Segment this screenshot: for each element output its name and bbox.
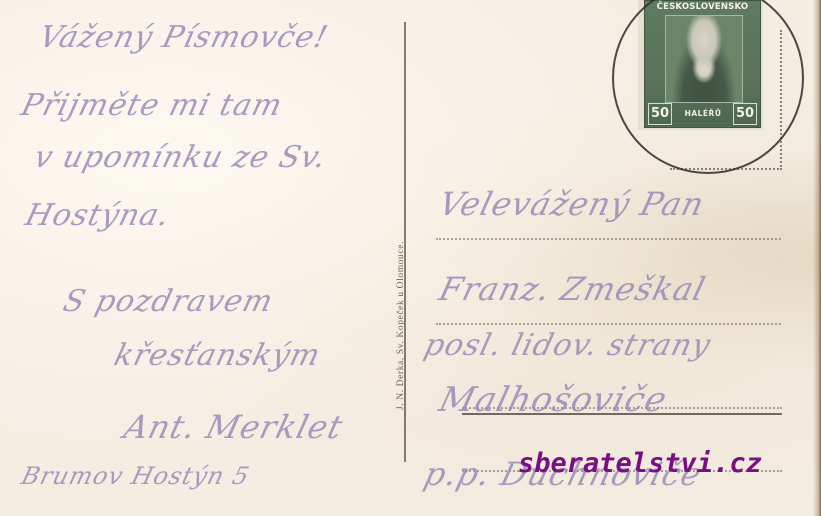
message-line-4: Hostýna. [22, 198, 174, 233]
card-edge-shadow [813, 0, 821, 516]
address-line-3: posl. lidov. strany [421, 328, 715, 363]
address-line-1: Velevážený Pan [435, 185, 708, 223]
postcard: Vážený Písmovče! Přijměte mi tam v upomí… [0, 0, 821, 516]
address-rule-2 [436, 323, 781, 325]
address-line-2: Franz. Zmeškal [435, 270, 710, 308]
message-line-6: křesťanským [111, 338, 325, 373]
address-rule-1 [436, 238, 781, 240]
signature: Ant. Merklet [120, 408, 347, 446]
publisher-imprint: J. N. Derka, Sv. Kopeček u Olomouce. [396, 241, 406, 410]
message-line-5: S pozdravem [60, 284, 277, 319]
message-line-2: Přijměte mi tam [18, 88, 287, 123]
message-line-8: Brumov Hostýn 5 [19, 462, 253, 490]
message-line-1: Vážený Písmovče! [36, 20, 332, 55]
message-line-3: v upomínku ze Sv. [31, 140, 331, 175]
address-line-4: Malhošoviče [435, 380, 671, 420]
watermark: sberatelstvi.cz [518, 448, 762, 479]
